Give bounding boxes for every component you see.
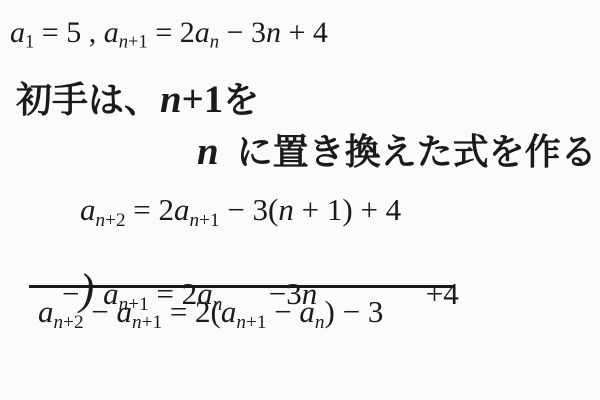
math-token: n	[96, 210, 106, 231]
math-token: a	[104, 16, 119, 49]
math-token: 初手は、	[16, 79, 160, 120]
math-token: n	[197, 130, 219, 173]
math-token: +1	[199, 210, 219, 231]
equation-shifted: an+2 = 2an+1 − 3(n + 1) + 4	[80, 193, 401, 231]
math-token: a	[221, 294, 237, 329]
math-token: +1	[182, 78, 224, 121]
math-lesson-slide: a1 = 5 , an+1 = 2an − 3n + 4 初手は、n+1を n …	[0, 0, 600, 400]
math-token: a	[195, 16, 210, 49]
math-token: − 3	[219, 16, 266, 49]
instruction-line-2: n に置き換えた式を作る	[197, 130, 597, 175]
math-token: = 2(	[162, 294, 221, 329]
math-token: n	[315, 312, 325, 333]
math-token: 1	[25, 32, 34, 53]
math-token: = 2	[126, 192, 174, 227]
math-token: + 1) + 4	[294, 192, 401, 227]
math-token: n	[190, 210, 200, 231]
math-token: n	[266, 16, 281, 49]
math-token: に置き換えた式を作る	[219, 131, 597, 172]
equation-difference-result: an+2 − an+1 = 2(an+1 − an) − 3	[38, 295, 383, 333]
math-token: n	[160, 78, 182, 121]
math-token: −	[84, 294, 117, 329]
math-token: −	[266, 294, 299, 329]
math-token: ) − 3	[325, 294, 384, 329]
math-token: a	[38, 294, 54, 329]
math-token: + 4	[281, 16, 328, 49]
math-token: +2	[105, 210, 125, 231]
math-token: +1	[142, 312, 162, 333]
math-token: n	[132, 312, 142, 333]
math-token: n	[54, 312, 64, 333]
math-token: = 2	[148, 16, 195, 49]
subtraction-rule-line	[29, 285, 453, 288]
math-token: を	[223, 79, 259, 120]
math-token: a	[299, 294, 315, 329]
math-token: a	[80, 192, 96, 227]
math-token: − 3(	[220, 192, 279, 227]
math-token: = 5 ,	[34, 16, 103, 49]
math-token: a	[117, 294, 133, 329]
math-token: n	[278, 192, 294, 227]
instruction-line-1: 初手は、n+1を	[16, 78, 259, 123]
math-token: +1	[128, 32, 148, 53]
math-token: n	[210, 32, 219, 53]
math-token: +1	[246, 312, 266, 333]
math-token: a	[10, 16, 25, 49]
math-token: a	[174, 192, 190, 227]
math-token: n	[119, 32, 128, 53]
math-token: n	[236, 312, 246, 333]
math-token: +2	[63, 312, 83, 333]
given-recurrence-equation: a1 = 5 , an+1 = 2an − 3n + 4	[10, 16, 328, 53]
